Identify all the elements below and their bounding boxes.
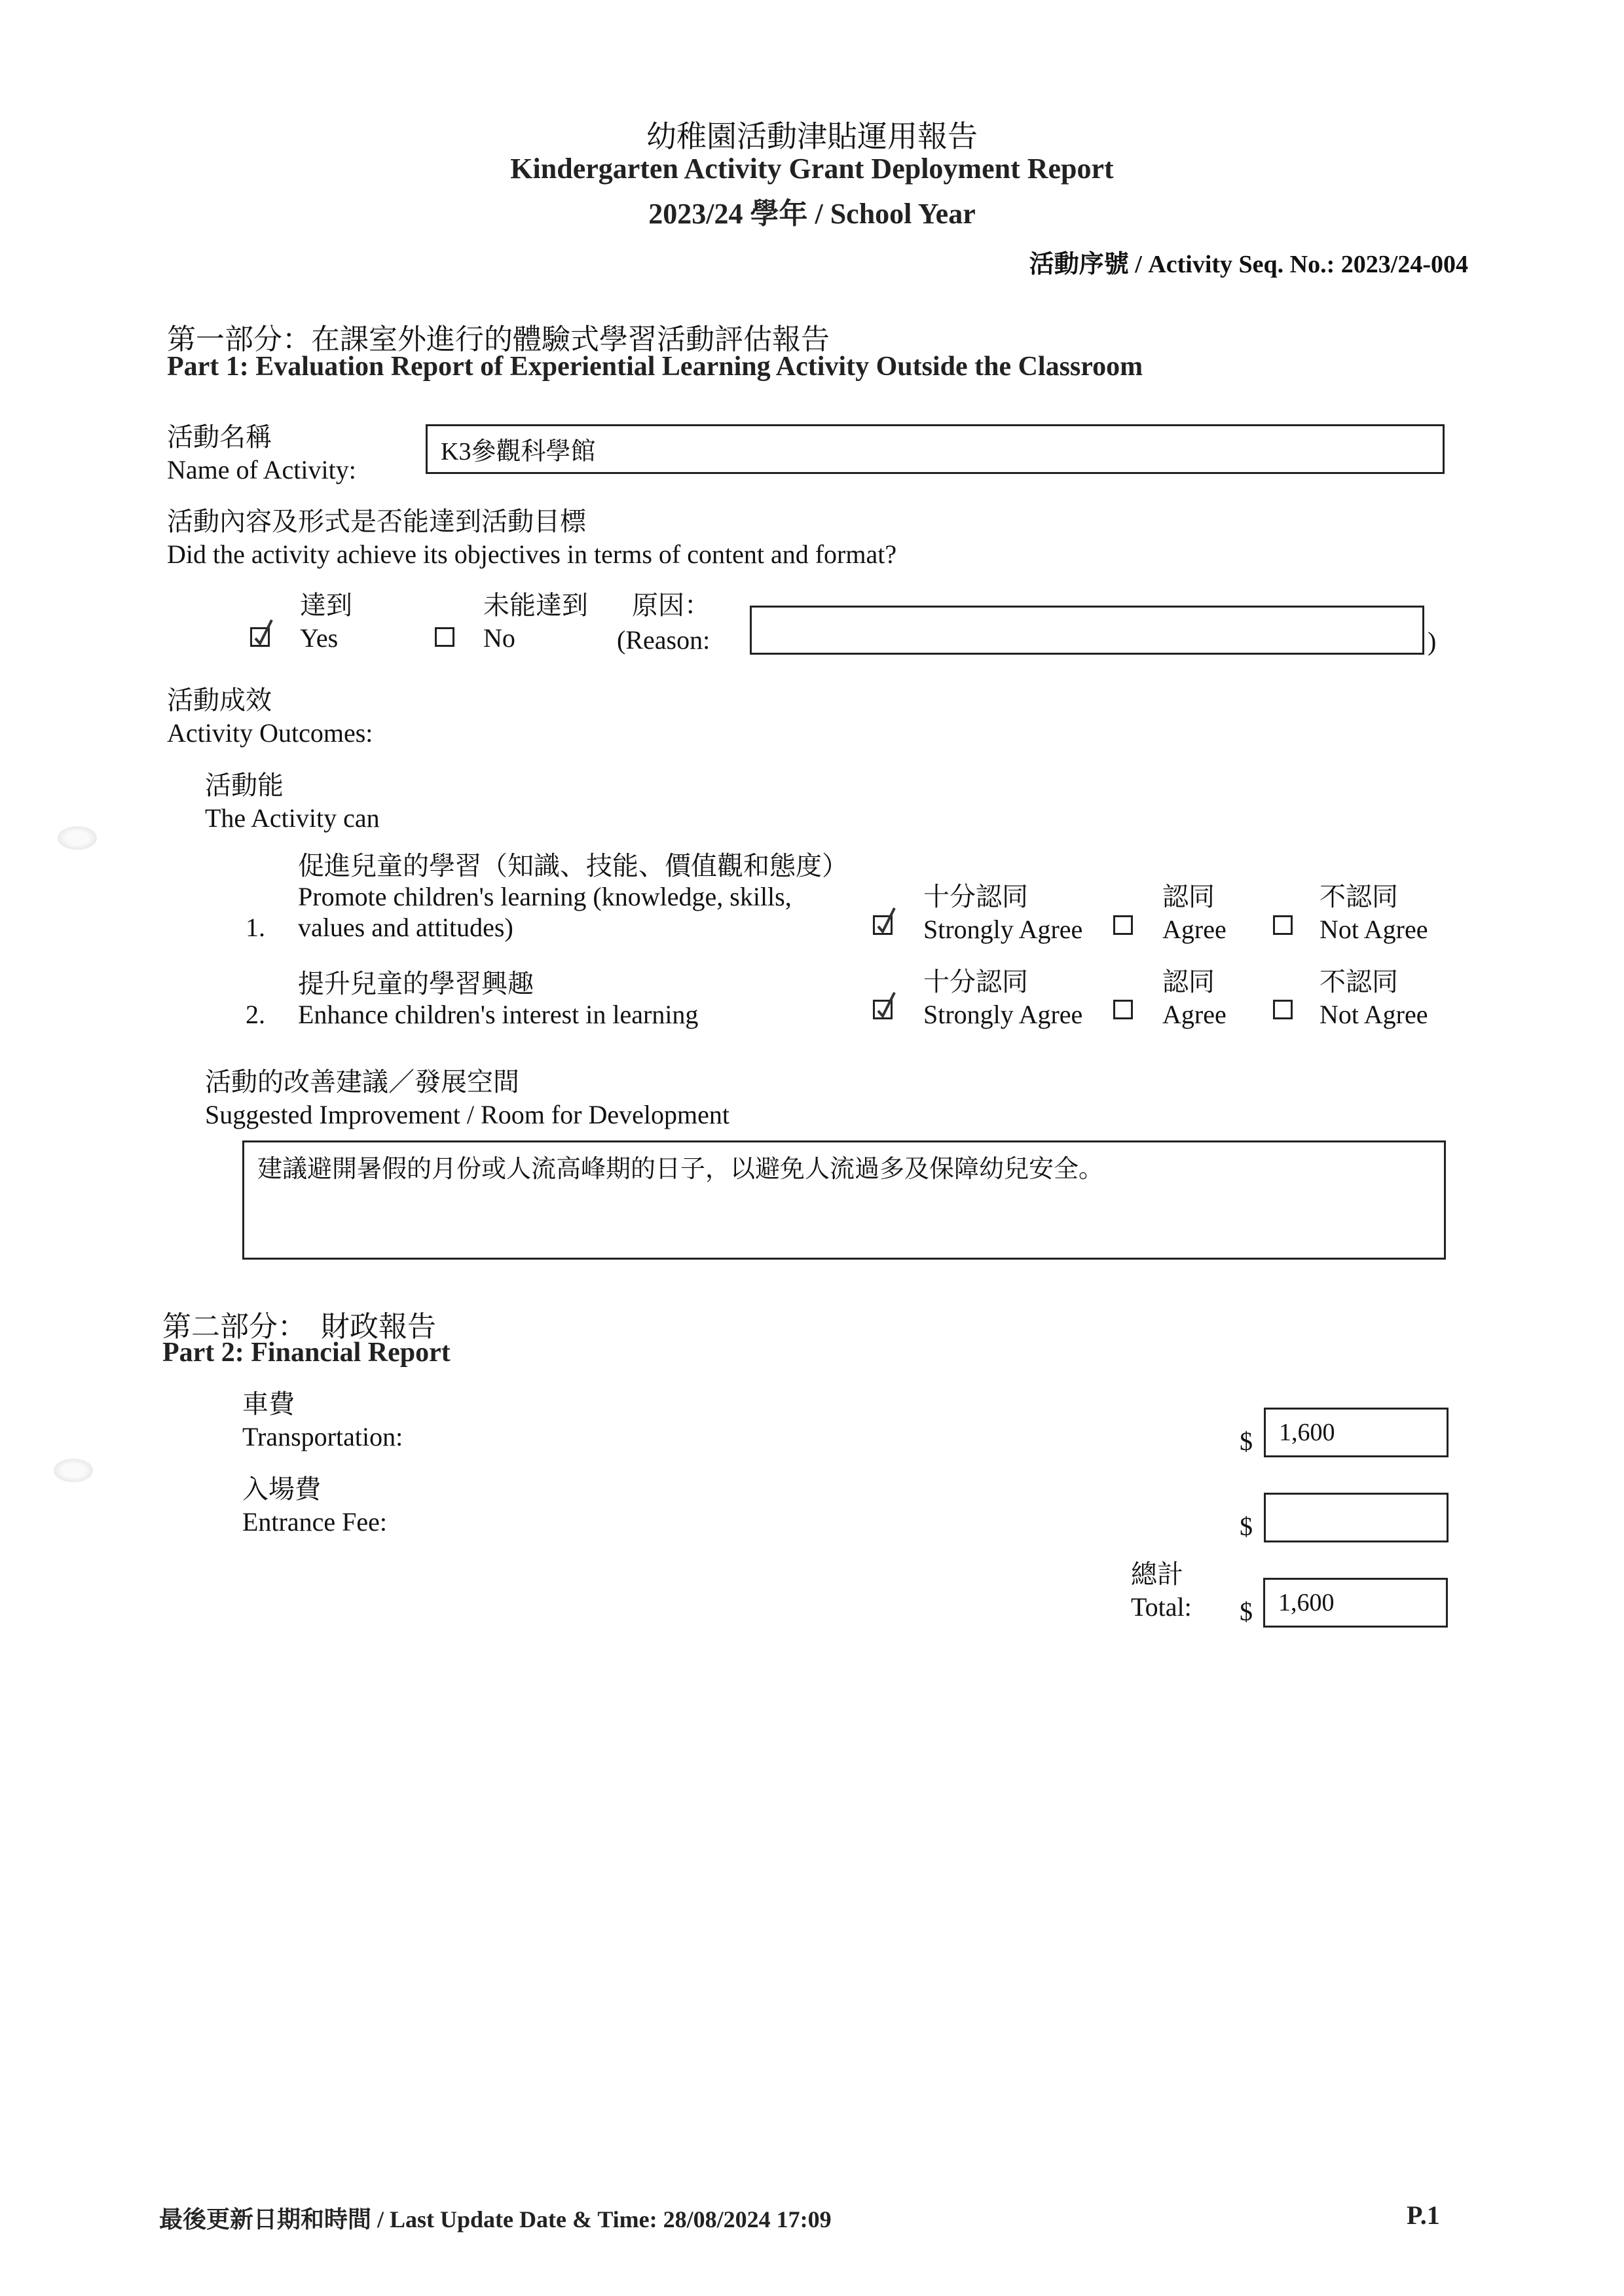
outcome-1-zh: 促進兒童的學習（知識、技能、價值觀和態度）	[298, 850, 848, 883]
total-field[interactable]: 1,600	[1263, 1578, 1448, 1628]
activity-name-label-en: Name of Activity:	[167, 454, 356, 486]
yes-checkbox[interactable]	[250, 627, 270, 647]
outcome-2-zh: 提升兒童的學習興趣	[298, 968, 534, 1000]
school-year: 2023/24 學年 / School Year	[0, 190, 1624, 232]
outcome-1-not-agree-en: Not Agree	[1319, 913, 1428, 946]
outcomes-sub-en: The Activity can	[205, 802, 380, 835]
outcome-1-strongly-agree-zh: 十分認同	[923, 881, 1028, 913]
report-title-zh: 幼稚園活動津貼運用報告	[0, 113, 1624, 156]
page-number: P.1	[1407, 2200, 1440, 2231]
outcomes-sub-zh: 活動能	[205, 769, 284, 802]
activity-seq-value: 2023/24-004	[1341, 251, 1468, 278]
activity-seq: 活動序號 / Activity Seq. No.: 2023/24-004	[1029, 244, 1468, 280]
outcome-1-number: 1.	[246, 911, 265, 944]
outcome-1-agree-zh: 認同	[1162, 881, 1215, 913]
improvement-label-en: Suggested Improvement / Room for Develop…	[205, 1099, 729, 1131]
entrance-fee-label-en: Entrance Fee:	[242, 1506, 387, 1539]
entrance-fee-field[interactable]	[1264, 1493, 1449, 1542]
outcome-1-not-agree-checkbox[interactable]	[1273, 915, 1293, 935]
outcome-2-number: 2.	[246, 998, 265, 1031]
outcome-1-agree-checkbox[interactable]	[1113, 915, 1133, 935]
part2-heading-en: Part 2: Financial Report	[162, 1337, 451, 1368]
outcome-2-agree-en: Agree	[1162, 998, 1227, 1031]
transportation-value: 1,600	[1266, 1420, 1335, 1445]
outcomes-heading-zh: 活動成效	[167, 684, 272, 717]
outcomes-heading-en: Activity Outcomes:	[167, 717, 373, 750]
outcome-2-strongly-agree-checkbox[interactable]	[873, 1000, 893, 1019]
outcome-1-en-line2: values and attitudes)	[298, 911, 513, 944]
part1-heading-en: Part 1: Evaluation Report of Experientia…	[167, 351, 1143, 382]
entrance-fee-label-zh: 入場費	[242, 1473, 321, 1506]
punch-hole-top	[58, 826, 97, 850]
transportation-label-zh: 車費	[242, 1388, 295, 1421]
no-checkbox[interactable]	[435, 627, 454, 647]
entrance-fee-currency: $	[1240, 1511, 1253, 1542]
no-label-zh: 未能達到	[483, 589, 588, 622]
yes-label-en: Yes	[300, 622, 338, 655]
total-currency: $	[1240, 1596, 1253, 1627]
checkmark-icon	[252, 619, 274, 647]
transportation-field[interactable]: 1,600	[1264, 1408, 1449, 1457]
last-update: 最後更新日期和時間 / Last Update Date & Time: 28/…	[159, 2201, 832, 2234]
outcome-1-agree-en: Agree	[1162, 913, 1227, 946]
improvement-value: 建議避開暑假的月份或人流高峰期的日子，以避免人流過多及保障幼兒安全。	[244, 1157, 1103, 1182]
total-label-en: Total:	[1131, 1591, 1192, 1624]
outcome-1-en-line1: Promote children's learning (knowledge, …	[298, 881, 792, 913]
total-value: 1,600	[1265, 1590, 1335, 1615]
activity-name-field[interactable]: K3參觀科學館	[426, 424, 1445, 474]
no-label-en: No	[483, 622, 515, 655]
objectives-question-en: Did the activity achieve its objectives …	[167, 538, 896, 571]
yes-label-zh: 達到	[300, 589, 352, 622]
reason-label-en: (Reason:	[617, 624, 710, 657]
outcome-2-not-agree-zh: 不認同	[1319, 966, 1398, 998]
report-title-en: Kindergarten Activity Grant Deployment R…	[0, 152, 1624, 185]
total-label-zh: 總計	[1131, 1558, 1183, 1591]
objectives-question-zh: 活動內容及形式是否能達到活動目標	[167, 505, 586, 538]
outcome-2-agree-checkbox[interactable]	[1113, 1000, 1133, 1019]
outcome-2-en: Enhance children's interest in learning	[298, 998, 698, 1031]
outcome-1-strongly-agree-en: Strongly Agree	[923, 913, 1082, 946]
reason-label-zh: 原因：	[632, 589, 710, 622]
transportation-currency: $	[1240, 1426, 1253, 1457]
outcome-2-agree-zh: 認同	[1162, 966, 1215, 998]
activity-seq-label: 活動序號 / Activity Seq. No.:	[1029, 251, 1335, 278]
outcome-2-not-agree-en: Not Agree	[1319, 998, 1428, 1031]
reason-close-paren: )	[1428, 625, 1436, 658]
reason-field[interactable]	[750, 606, 1424, 655]
activity-name-label-zh: 活動名稱	[167, 421, 272, 454]
improvement-label-zh: 活動的改善建議／發展空間	[205, 1066, 519, 1099]
checkmark-icon	[875, 907, 897, 936]
improvement-field[interactable]: 建議避開暑假的月份或人流高峰期的日子，以避免人流過多及保障幼兒安全。	[242, 1140, 1446, 1260]
outcome-2-not-agree-checkbox[interactable]	[1273, 1000, 1293, 1019]
activity-name-value: K3參觀科學館	[428, 439, 595, 464]
transportation-label-en: Transportation:	[242, 1421, 403, 1453]
outcome-1-not-agree-zh: 不認同	[1319, 881, 1398, 913]
outcome-2-strongly-agree-zh: 十分認同	[923, 966, 1028, 998]
punch-hole-bottom	[54, 1459, 93, 1482]
outcome-2-strongly-agree-en: Strongly Agree	[923, 998, 1082, 1031]
checkmark-icon	[875, 991, 897, 1020]
outcome-1-strongly-agree-checkbox[interactable]	[873, 915, 893, 935]
